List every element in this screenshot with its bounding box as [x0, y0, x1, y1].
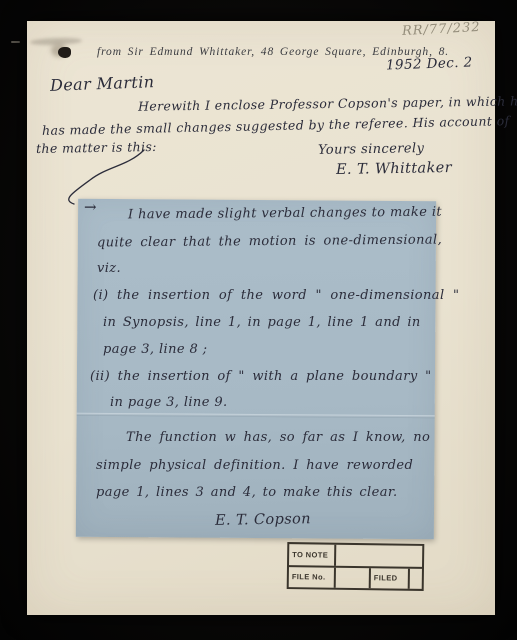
stamp-empty-cell	[336, 567, 371, 588]
note-line: (ii) the insertion of " with a plane bou…	[90, 369, 431, 384]
body-line: the matter is this:	[36, 139, 157, 156]
stamp-filed-cell: FILED	[371, 568, 410, 589]
ink-blot	[58, 47, 71, 58]
copson-signature: E. T. Copson	[215, 511, 311, 529]
stamp-row: TO NOTE	[289, 544, 422, 566]
letter-date: 1952 Dec. 2	[386, 54, 473, 73]
salutation: Dear Martin	[50, 72, 155, 95]
note-line: viz.	[97, 261, 121, 276]
note-line: simple physical definition. I have rewor…	[96, 458, 413, 473]
note-line: I have made slight verbal changes to mak…	[128, 205, 442, 223]
note-line: page 1, lines 3 and 4, to make this clea…	[96, 485, 398, 500]
stamp-to-note-cell: TO NOTE	[289, 544, 336, 565]
note-line: in Synopsis, line 1, in page 1, line 1 a…	[103, 315, 421, 330]
note-line: page 3, line 8 ;	[103, 342, 207, 357]
note-line: The function w has, so far as I know, no	[126, 430, 430, 445]
dust-speck	[11, 41, 20, 43]
closing: Yours sincerely	[318, 141, 425, 158]
note-line: in page 3, line 9.	[110, 395, 228, 410]
archive-stamp-box: TO NOTE FILE No. FILED	[287, 542, 425, 591]
fold-crease	[77, 413, 435, 418]
photographed-letter: RR/77/232 from Sir Edmund Whittaker, 48 …	[0, 0, 517, 640]
stamp-empty-cell	[410, 568, 422, 589]
note-line: quite clear that the motion is one-dimen…	[97, 232, 442, 250]
whittaker-signature: E. T. Whittaker	[336, 160, 452, 178]
note-arrow: →	[84, 198, 97, 216]
stamp-empty-cell	[336, 545, 422, 567]
stamp-file-no-cell: FILE No.	[289, 567, 336, 588]
stamp-row: FILE No. FILED	[289, 565, 422, 589]
note-line: (i) the insertion of the word " one-dime…	[93, 288, 459, 303]
